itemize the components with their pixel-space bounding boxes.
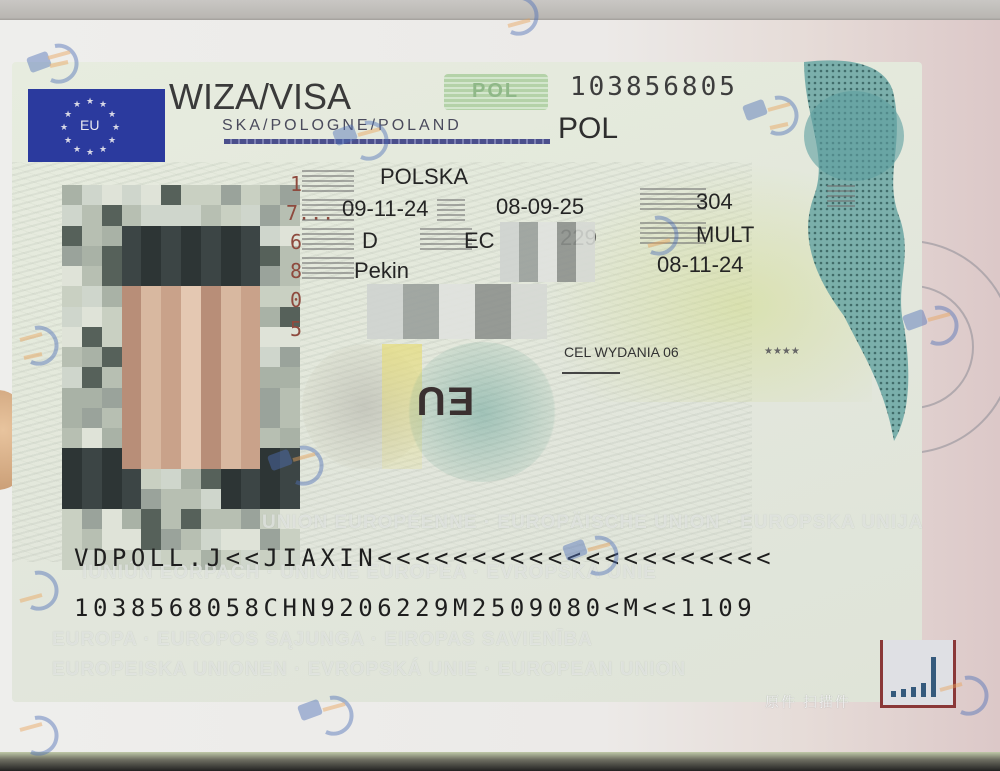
watermark-logo — [20, 38, 90, 93]
watermark-logo — [330, 115, 400, 170]
label-valid-for — [302, 170, 354, 194]
passport-number-prefix: EC — [464, 228, 495, 254]
label-until — [437, 199, 465, 223]
eu-flag: ★ ★ ★ ★ ★ ★ ★ ★ ★ ★ ★ ★ EU — [28, 89, 165, 162]
passport-page-bottom-edge — [0, 752, 1000, 771]
pol-emblem: POL — [444, 74, 548, 110]
watermark-logo — [480, 0, 550, 45]
entries-value: MULT — [696, 222, 754, 248]
watermark-logo — [560, 530, 630, 585]
mrz-line-2: 1038568058CHN9206229M2509080<M<<1109 — [74, 594, 756, 622]
until-date-value: 08-09-25 — [496, 194, 584, 220]
passport-page-print: 原件 扫描件 — [765, 692, 851, 712]
watermark-logo — [295, 690, 365, 745]
sticker-number: 103856805 — [570, 72, 738, 102]
watermark-logo — [265, 440, 335, 495]
watermark-logo — [0, 320, 70, 375]
watermark-logo — [900, 300, 970, 355]
issuing-country-code: POL — [558, 112, 618, 146]
eu-banner-4: EUROPEISKA UNIONEN · EVROPSKÁ UNIE · EUR… — [52, 659, 686, 681]
pol-emblem-text: POL — [472, 80, 519, 103]
watermark-logo — [740, 90, 810, 145]
label-type — [302, 228, 354, 252]
redacted-remarks — [367, 284, 547, 339]
duration-value: 304 — [696, 189, 733, 215]
watermark-logo — [0, 710, 70, 765]
eu-banner-3: EUROPA · EUROPOS SĄJUNGA · EIROPAS SAVIE… — [52, 629, 593, 651]
purpose-of-issue: CEL WYDANIA 06 — [564, 344, 679, 360]
purpose-label: CEL WYDANIA — [564, 344, 659, 360]
eu-badge-text: EU — [80, 117, 99, 133]
issued-in-value: Pekin — [354, 258, 409, 284]
purpose-stars: ★★★★ — [764, 346, 800, 357]
teal-security-pattern — [794, 56, 914, 446]
watermark-logo — [930, 670, 1000, 725]
visa-sticker: ★ ★ ★ ★ ★ ★ ★ ★ ★ ★ ★ ★ EU WIZA/VISA SKA… — [12, 62, 922, 702]
eu-seal-text: EU — [415, 377, 475, 422]
label-date-issue — [827, 185, 855, 209]
label-issued-in — [302, 257, 354, 281]
purpose-underline — [562, 372, 620, 374]
watermark-logo — [0, 565, 70, 620]
from-date-value: 09-11-24 — [342, 196, 428, 222]
watermark-logo — [620, 210, 690, 265]
purpose-code: 06 — [663, 344, 679, 360]
redacted-passport-number — [500, 222, 595, 282]
visa-type-value: D — [362, 228, 378, 254]
visa-title: WIZA/VISA — [169, 76, 351, 118]
mrz-line-1: VDPOLL.J<<JIAXIN<<<<<<<<<<<<<<<<<<<<< — [74, 544, 775, 572]
